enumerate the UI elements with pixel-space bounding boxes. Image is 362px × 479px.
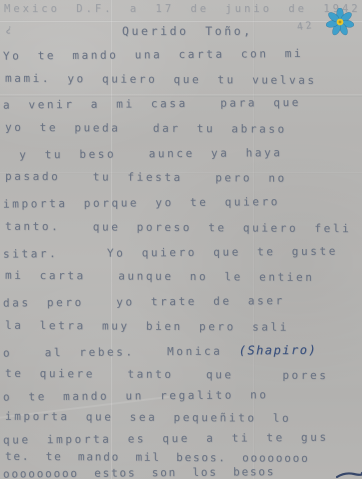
letter-line-text: tanto. que poreso te quiero feli	[5, 220, 351, 235]
letter-line: a venir a mi casa para que	[3, 91, 362, 119]
letter-line: mami. yo quiero que tu vuelvas	[5, 66, 362, 93]
letter-line: o te mando un regalito no	[3, 384, 362, 409]
letter-line-text: o te mando un regalito no	[3, 389, 269, 404]
date-line: Mexico D.F. a 17 de junio de 1942	[4, 3, 361, 15]
letter-line-text: a venir a mi casa para que	[3, 96, 301, 112]
letter-line: importa porque yo te quiero	[3, 190, 362, 218]
letter-line-text: mami. yo quiero que tu vuelvas	[5, 71, 317, 86]
letter-line-text: yo te pueda dar tu abraso	[5, 121, 287, 136]
letter-line: Yo te mando una carta con mi	[3, 41, 362, 69]
letter-line: das pero yo trate de aser	[3, 288, 362, 316]
letter-line-text: das pero yo trate de aser	[3, 294, 285, 309]
letter-line: pasado tu fiesta pero no	[5, 165, 362, 192]
letter-line-text: te. te mando mil besos. oooooooo	[5, 450, 310, 465]
letter-line: la letra muy bien pero sali	[5, 313, 362, 340]
salutation: Querido Toño,	[122, 24, 253, 38]
letter-line: que importa es que a ti te gus	[3, 427, 362, 452]
letter-line-text: pasado tu fiesta pero no	[5, 170, 287, 185]
letter-line-text: mi carta aunque no le entien	[5, 269, 315, 284]
letter-line-text: o al rebes. Monica	[3, 345, 239, 360]
margin-scribble: ¿	[5, 23, 16, 36]
letter-body: Yo te mando una carta con mimami. yo qui…	[3, 43, 362, 479]
blue-flower-sticker-icon	[326, 8, 354, 36]
pen-mark	[336, 470, 362, 479]
letter-line: y tu beso aunce ya haya	[3, 140, 362, 168]
corner-year-note: 42	[296, 20, 315, 33]
letter-line-text: te quiere tanto que pores	[5, 367, 329, 382]
letter-paper: Mexico D.F. a 17 de junio de 1942 ¿ Quer…	[0, 0, 362, 479]
letter-line-text: ooooooooo estos son los besos	[3, 465, 275, 479]
letter-line-text: y tu beso aunce ya haya	[3, 146, 283, 161]
letter-line-text: la letra muy bien pero sali	[5, 318, 289, 333]
letter-line-text: importa que sea pequeñito lo	[5, 410, 291, 425]
letter-line: o al rebes. Monica (Shapiro)	[3, 338, 362, 366]
letter-line: mi carta aunque no le entien	[5, 264, 362, 291]
letter-line-text: Yo te mando una carta con mi	[3, 47, 303, 63]
letter-line-text: sitar. Yo quiero que te guste	[3, 244, 338, 260]
letter-line: yo te pueda dar tu abraso	[5, 116, 362, 143]
letter-line: ooooooooo estos son los besos	[3, 463, 362, 479]
pen-annotation: (Shapiro)	[239, 343, 318, 358]
letter-line-text: importa porque yo te quiero	[3, 195, 280, 210]
letter-line-text: que importa es que a ti te gus	[3, 431, 329, 447]
letter-line: sitar. Yo quiero que te guste	[3, 239, 362, 267]
letter-line: tanto. que poreso te quiero feli	[5, 215, 362, 242]
